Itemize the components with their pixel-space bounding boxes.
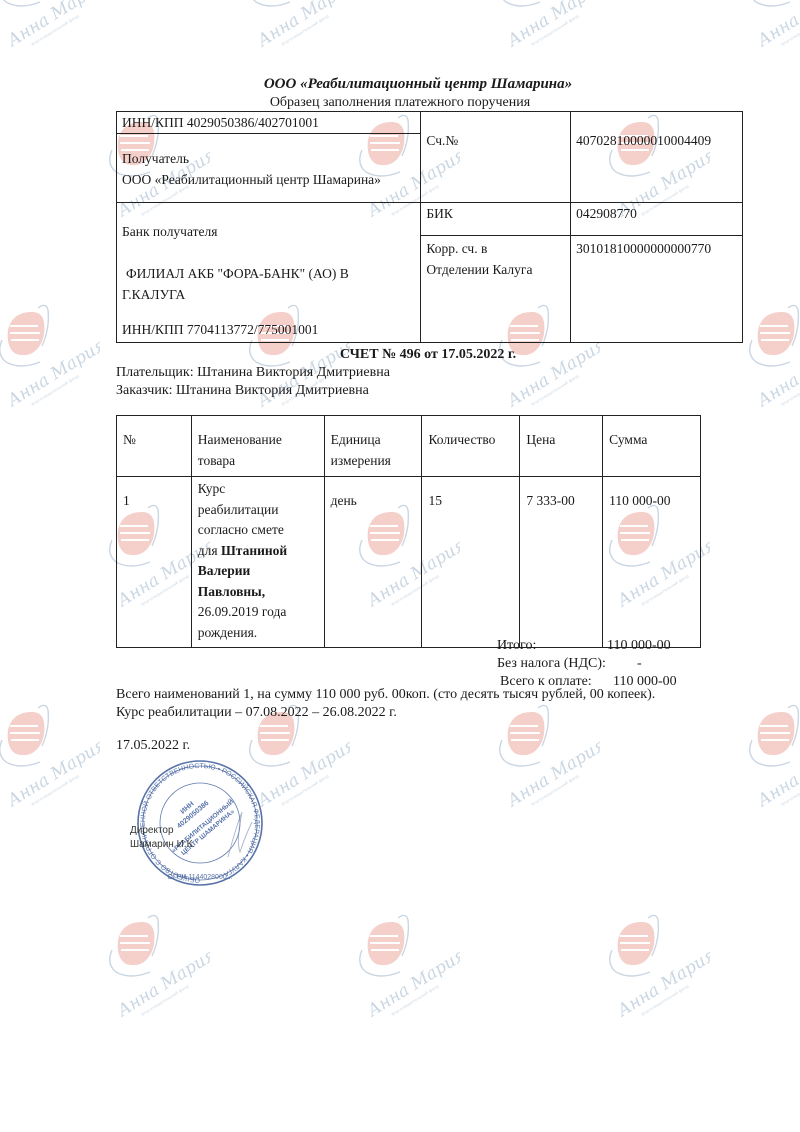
header-name: Наименованиетовара <box>191 416 324 477</box>
account-label-cell: Сч.№ <box>421 112 571 203</box>
bank-inn-kpp: ИНН/КПП 7704113772/775001001 <box>122 319 415 340</box>
sample-title: Образец заполнения платежного поручения <box>0 95 800 111</box>
header-num: № <box>117 416 192 477</box>
recipient-cell: Получатель ООО «Реабилитационный центр Ш… <box>117 134 421 203</box>
row-price: 7 333-00 <box>520 477 603 648</box>
vat-label: Без налога (НДС): <box>497 655 637 673</box>
bank-details-table: ИНН/КПП 4029050386/402701001 Сч.№ 407028… <box>116 111 743 343</box>
recipient-name: ООО «Реабилитационный центр Шамарина» <box>122 169 415 190</box>
corr-value-cell: 30101810000000000770 <box>571 235 743 342</box>
row-sum: 110 000-00 <box>603 477 701 648</box>
signer-name: Шамарин И.К. <box>130 839 195 850</box>
svg-text:ОГРН 1144028000...: ОГРН 1144028000... <box>167 874 232 881</box>
header-sum: Сумма <box>603 416 701 477</box>
bank-name-line1: ФИЛИАЛ АКБ "ФОРА-БАНК" (АО) В <box>122 263 415 284</box>
bik-label-cell: БИК <box>421 203 571 236</box>
header-qty: Количество <box>422 416 520 477</box>
stamp-seal-icon: ОБЩЕСТВО С ОГРАНИЧЕННОЙ ОТВЕТСТВЕННОСТЬЮ… <box>118 757 273 889</box>
total-value: 110 000-00 <box>607 637 671 655</box>
bank-cell: Банк получателя ФИЛИАЛ АКБ "ФОРА-БАНК" (… <box>117 203 421 343</box>
document-date: 17.05.2022 г. <box>116 738 190 754</box>
row-num: 1 <box>117 477 192 648</box>
corr-label-cell: Корр. сч. в Отделении Калуга <box>421 235 571 342</box>
account-value-cell: 40702810000010004409 <box>571 112 743 203</box>
bank-label: Банк получателя <box>122 221 415 242</box>
vat-value: - <box>637 655 642 673</box>
row-unit: день <box>324 477 422 648</box>
amount-summary: Всего наименований 1, на сумму 110 000 р… <box>116 687 655 703</box>
header-price: Цена <box>520 416 603 477</box>
payer: Плательщик: Штанина Виктория Дмитриевна <box>116 365 390 381</box>
header-unit: Единицаизмерения <box>324 416 422 477</box>
items-table: № Наименованиетовара Единицаизмерения Ко… <box>116 415 701 648</box>
bik-value-cell: 042908770 <box>571 203 743 236</box>
total-label: Итого: <box>497 637 607 655</box>
course-period: Курс реабилитации – 07.08.2022 – 26.08.2… <box>116 705 397 721</box>
inn-kpp-cell: ИНН/КПП 4029050386/402701001 <box>117 112 421 134</box>
invoice-document: ООО «Реабилитационный центр Шамарина» Об… <box>0 0 800 1132</box>
organization-title: ООО «Реабилитационный центр Шамарина» <box>0 76 800 93</box>
items-header-row: № Наименованиетовара Единицаизмерения Ко… <box>117 416 701 477</box>
row-name: Курс реабилитации согласно смете для Шта… <box>191 477 324 648</box>
table-row: 1 Курс реабилитации согласно смете для Ш… <box>117 477 701 648</box>
customer: Заказчик: Штанина Виктория Дмитриевна <box>116 383 369 399</box>
row-qty: 15 <box>422 477 520 648</box>
bank-name-line2: Г.КАЛУГА <box>122 284 415 305</box>
invoice-title: СЧЕТ № 496 от 17.05.2022 г. <box>0 347 800 363</box>
company-stamp: ОБЩЕСТВО С ОГРАНИЧЕННОЙ ОТВЕТСТВЕННОСТЬЮ… <box>118 757 273 889</box>
totals-block: Итого:110 000-00 Без налога (НДС):- Всег… <box>497 637 677 691</box>
signer-title: Директор <box>130 825 174 836</box>
recipient-label: Получатель <box>122 148 415 169</box>
